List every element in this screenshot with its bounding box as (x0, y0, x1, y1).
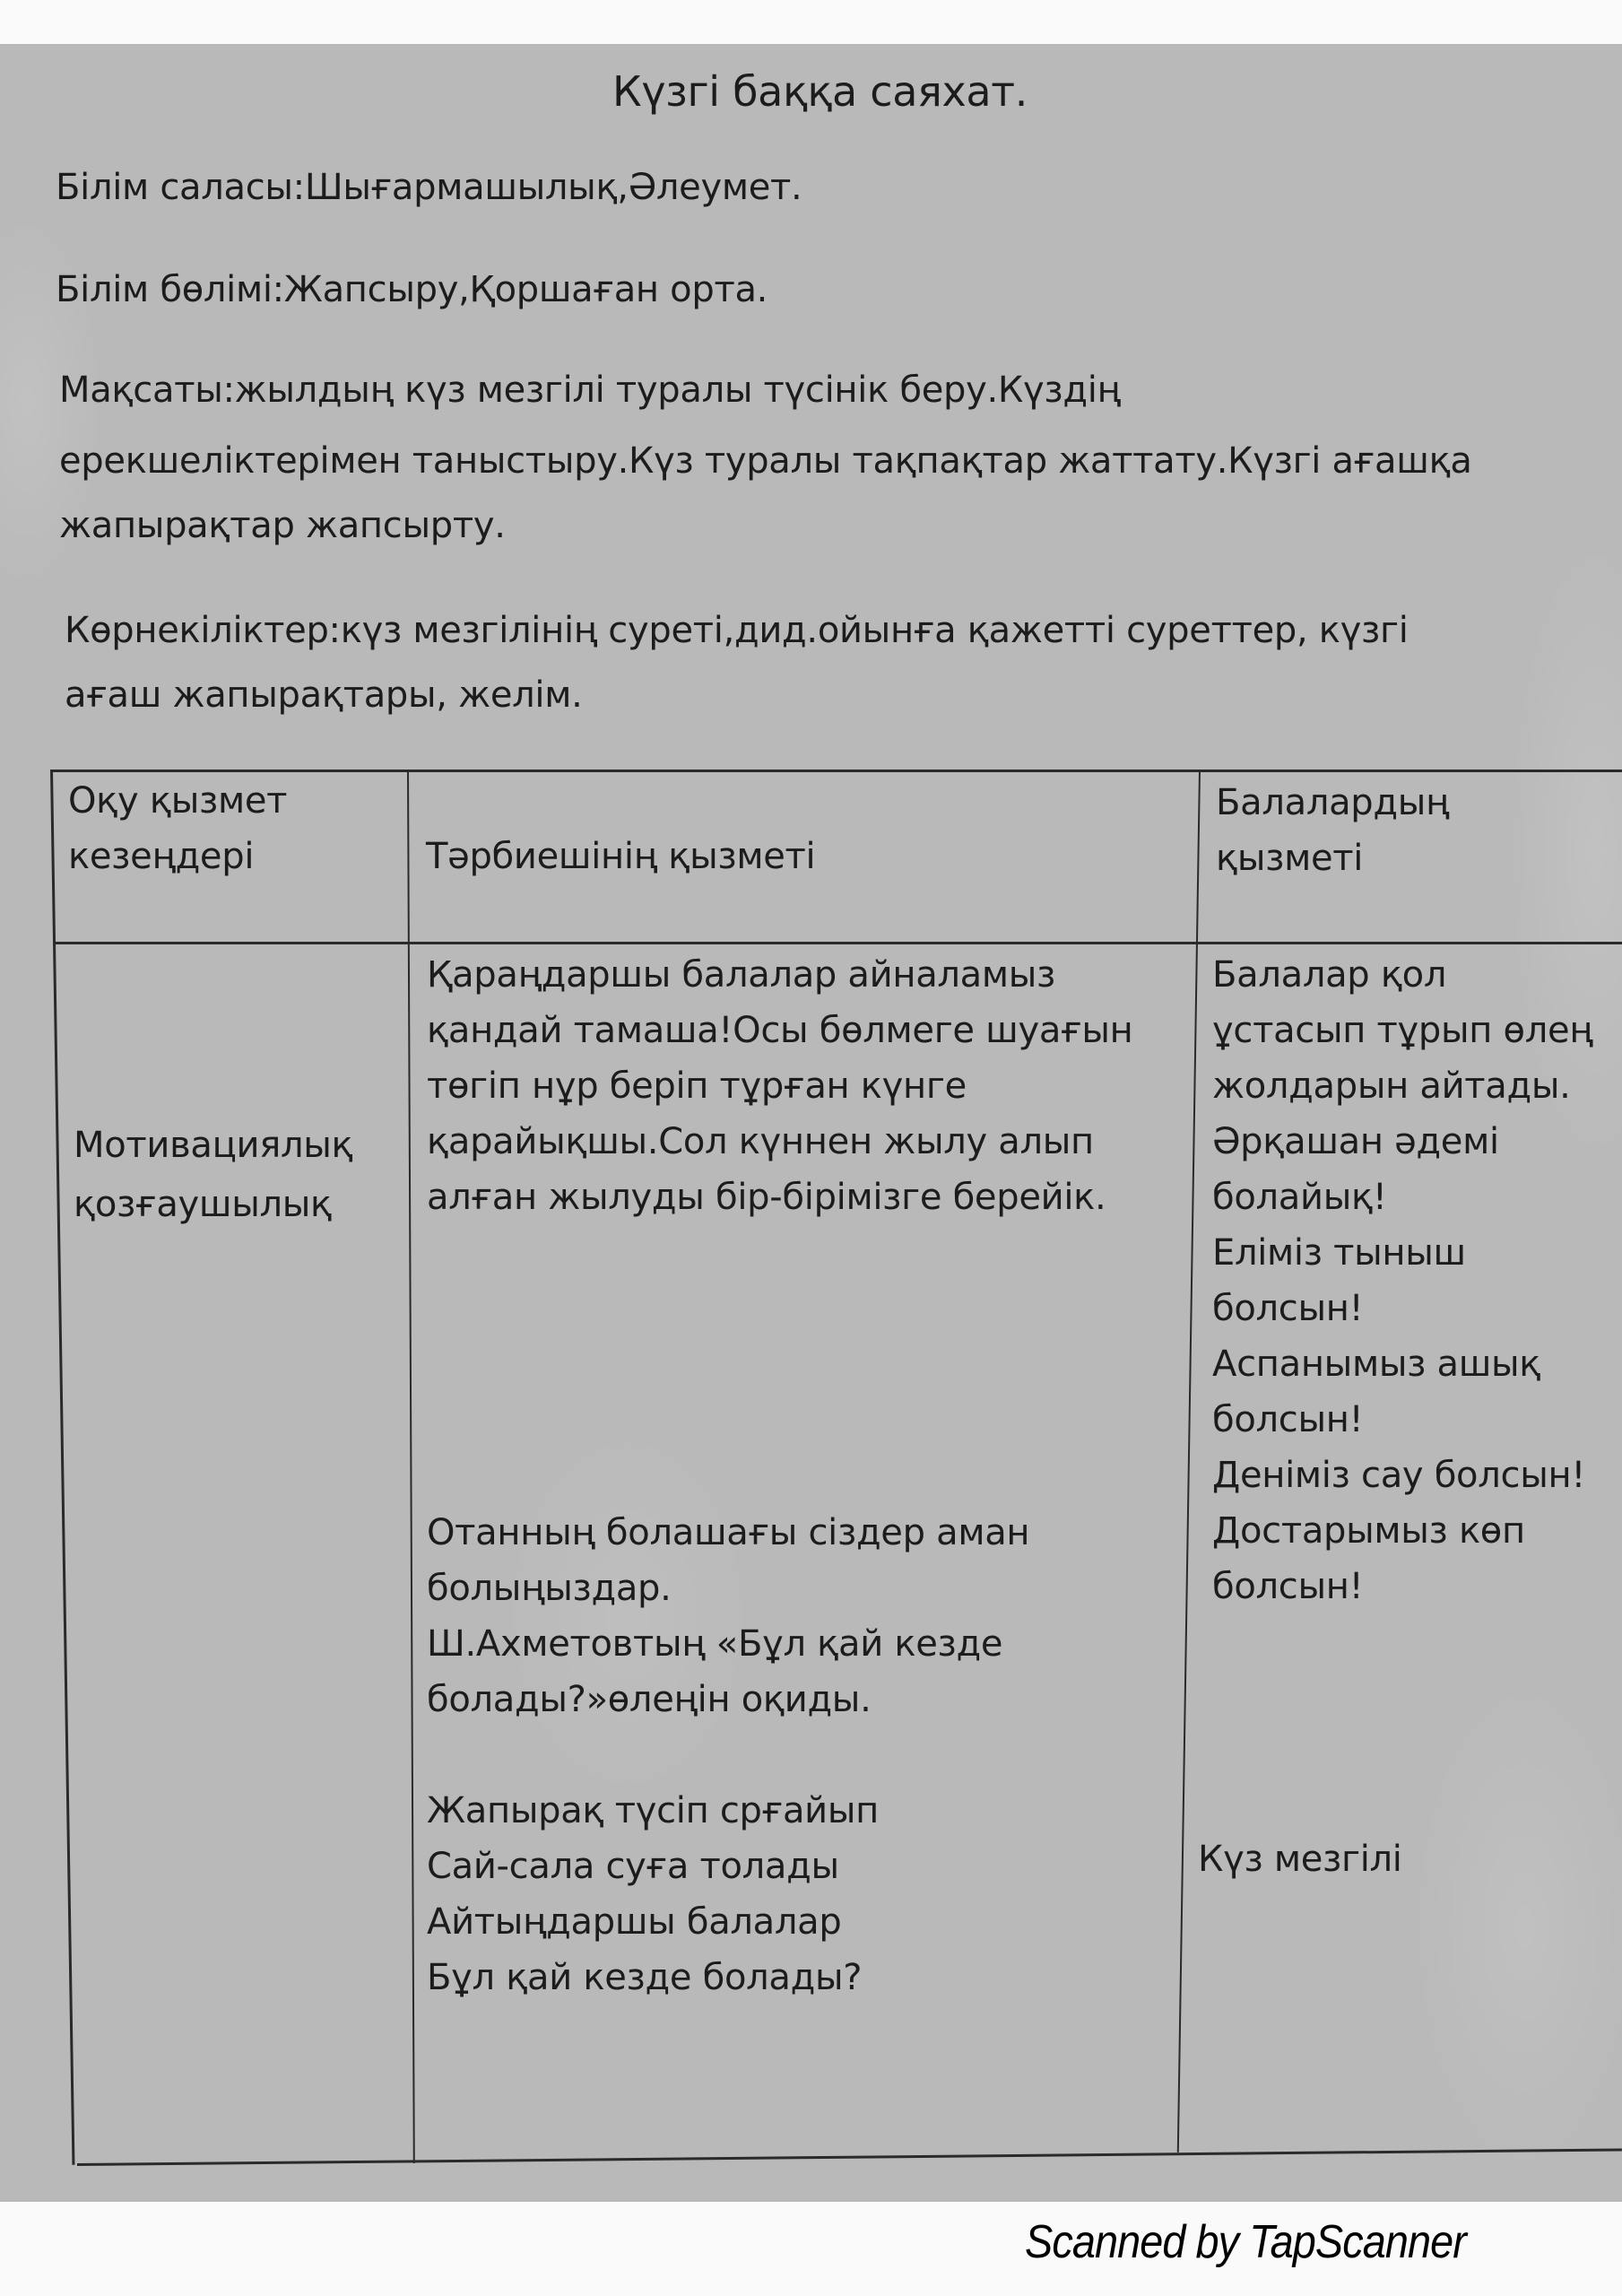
field-education-area: Білім саласы:Шығармашылық,Әлеумет. (56, 160, 802, 215)
children-line: болсын! (1212, 1281, 1592, 1336)
teacher-line: қарайықшы.Сол күннен жылу алып (427, 1114, 1133, 1170)
teacher-line: Айтыңдаршы балалар (427, 1894, 879, 1950)
teacher-line: Қараңдаршы балалар айналамыз (427, 947, 1133, 1003)
visuals-line-2: ағаш жапырақтары, желім. (65, 667, 583, 723)
teacher-line: қандай тамаша!Осы бөлмеге шуағын (427, 1003, 1133, 1058)
header-stage-line-1: Оқу қызмет (68, 773, 287, 829)
teacher-line: Жапырақ түсіп срғайып (427, 1783, 879, 1839)
header-stage: Оқу қызмет кезеңдері (68, 773, 287, 884)
children-line: болсын! (1212, 1392, 1592, 1448)
children-answer: Күз мезгілі (1198, 1831, 1402, 1887)
stage-line-1: Мотивациялық (74, 1116, 352, 1175)
children-line: Аспанымыз ашық (1212, 1336, 1592, 1392)
header-teacher-line-1: Тәрбиешінің қызметі (426, 829, 815, 884)
children-line: Еліміз тыныш (1212, 1225, 1592, 1281)
visuals-line-1: Көрнекіліктер:күз мезгілінің суреті,дид.… (65, 603, 1409, 658)
header-children-line-1: Балалардың (1216, 775, 1449, 831)
children-line: Деніміз сау болсын! (1212, 1448, 1592, 1503)
goal-line-1: Мақсаты:жылдың күз мезгілі туралы түсіні… (59, 362, 1121, 418)
goal-line-2: ерекшеліктерімен таныстыру.Күз туралы та… (59, 433, 1472, 489)
children-line: Балалар қол (1212, 947, 1592, 1003)
children-line: Достарымыз көп (1212, 1503, 1592, 1559)
scanner-watermark: Scanned by TapScanner (1025, 2215, 1466, 2269)
children-line: ұстасып тұрып өлең (1212, 1003, 1592, 1058)
header-stage-line-2: кезеңдері (68, 829, 287, 884)
header-children: Балалардың қызметі (1216, 775, 1449, 886)
stage-line-2: қозғаушылық (74, 1175, 352, 1234)
document-title: Күзгі баққа саяхат. (612, 65, 1028, 118)
teacher-line: Бұл қай кезде болады? (427, 1950, 879, 2005)
field-education-section: Білім бөлімі:Жапсыру,Қоршаған орта. (56, 262, 768, 317)
teacher-line: алған жылуды бір-бірімізге берейік. (427, 1170, 1133, 1225)
header-children-line-2: қызметі (1216, 831, 1449, 886)
header-row-border (54, 942, 1622, 944)
children-line: болайық! (1212, 1170, 1592, 1225)
children-line: жолдарын айтады. (1212, 1058, 1592, 1114)
children-line: болсын! (1212, 1559, 1592, 1614)
children-block-answer: Күз мезгілі (1198, 1831, 1402, 1887)
header-teacher: Тәрбиешінің қызметі (426, 829, 815, 884)
teacher-line: төгіп нұр беріп тұрған күнге (427, 1058, 1133, 1114)
teacher-block-greeting: Қараңдаршы балалар айналамыз қандай тама… (427, 947, 1133, 1225)
children-line: Әрқашан әдемі (1212, 1114, 1592, 1170)
goal-line-3: жапырақтар жапсырту. (59, 498, 506, 553)
children-block-response: Балалар қол ұстасып тұрып өлең жолдарын … (1212, 947, 1592, 1614)
teacher-line: болыңыздар. (427, 1561, 1029, 1616)
stage-cell: Мотивациялық қозғаушылық (74, 1116, 352, 1234)
teacher-block-riddle: Жапырақ түсіп срғайып Сай-сала суға тола… (427, 1783, 879, 2005)
teacher-line: Ш.Ахметовтың «Бұл қай кезде (427, 1616, 1029, 1672)
teacher-line: Отанның болашағы сіздер аман (427, 1505, 1029, 1561)
teacher-line: Сай-сала суға толады (427, 1839, 879, 1894)
table-top-border (50, 770, 1622, 772)
teacher-line: болады?»өлеңін оқиды. (427, 1672, 1029, 1727)
teacher-block-poem-intro: Отанның болашағы сіздер аман болыңыздар.… (427, 1505, 1029, 1727)
